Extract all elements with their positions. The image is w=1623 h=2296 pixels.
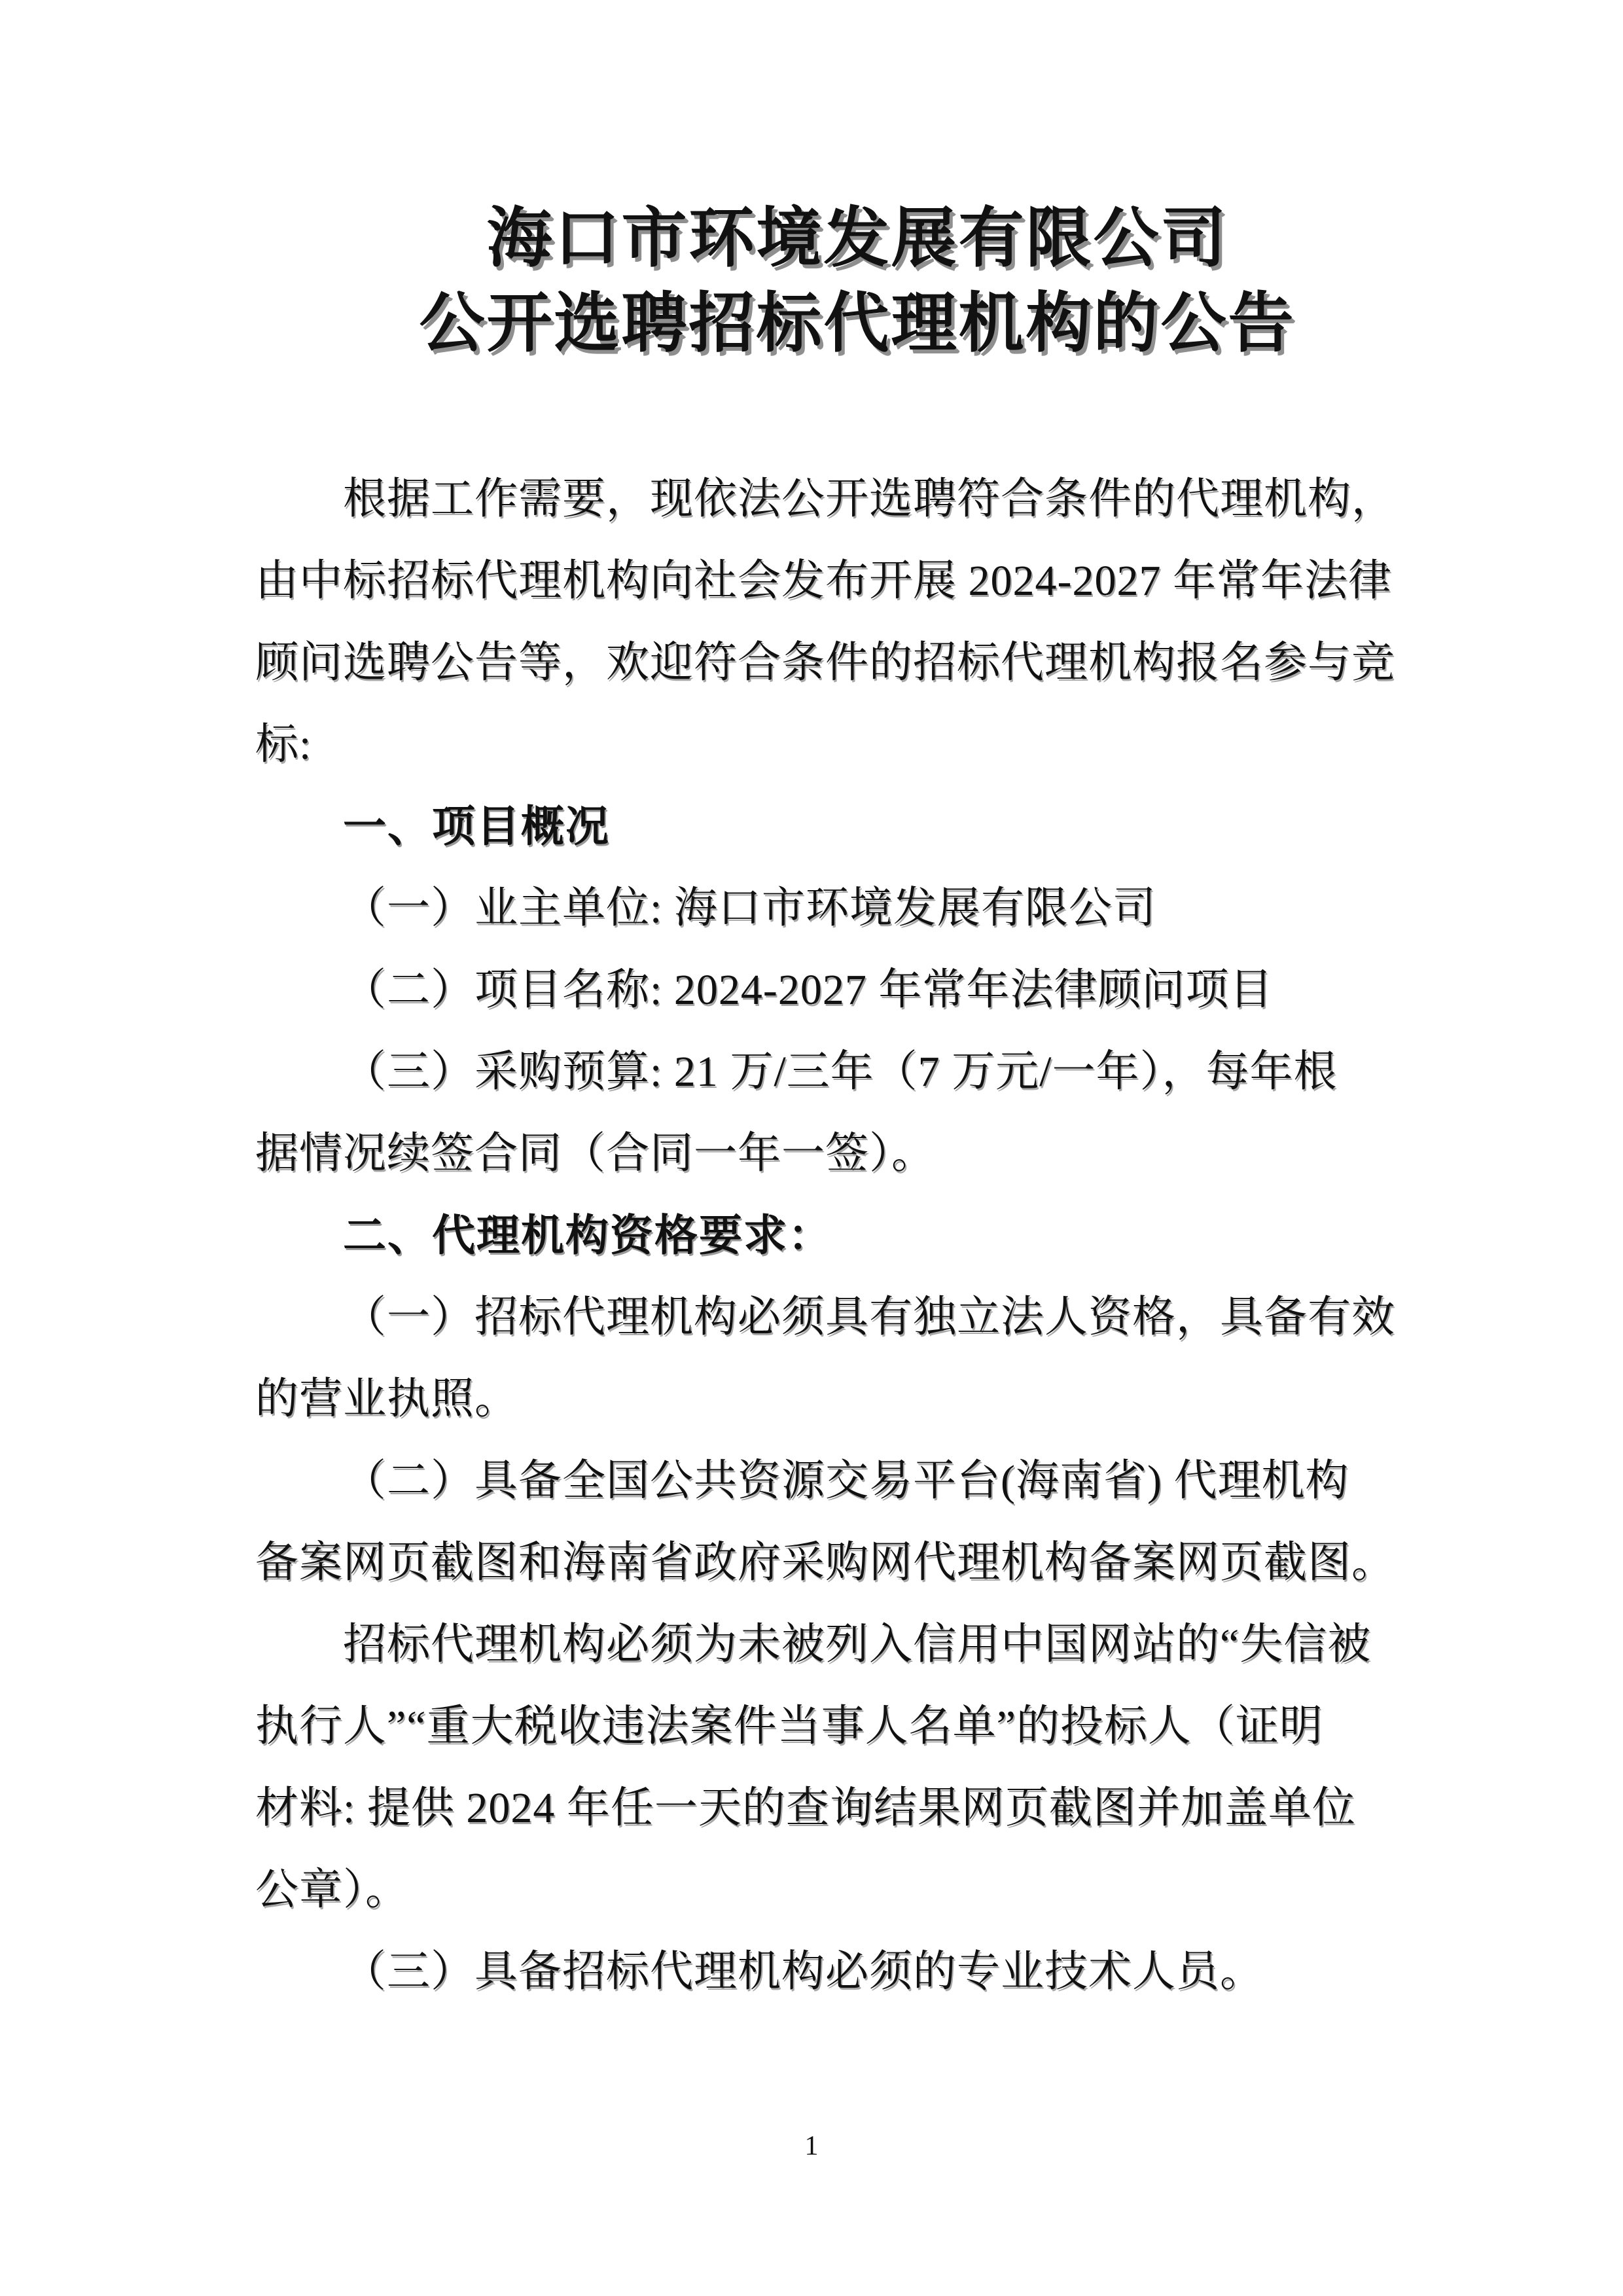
document-body: 根据工作需要，现依法公开选聘符合条件的代理机构，由中标招标代理机构向社会发布开展…: [255, 458, 1407, 2013]
document-title-line-1: 海口市环境发展有限公司: [288, 196, 1427, 281]
doc-line: （三）具备招标代理机构必须的专业技术人员。: [255, 1931, 1407, 2013]
doc-line: 据情况续签合同（合同一年一签）。: [255, 1113, 1407, 1194]
doc-line: 由中标招标代理机构向社会发布开展 2024-2027 年常年法律: [255, 540, 1407, 622]
doc-line: 的营业执照。: [255, 1358, 1407, 1440]
doc-line: 材料: 提供 2024 年任一天的查询结果网页截图并加盖单位: [255, 1767, 1407, 1849]
doc-line: （一）招标代理机构必须具有独立法人资格，具备有效: [255, 1276, 1407, 1358]
doc-line: 执行人”“重大税收违法案件当事人名单”的投标人（证明: [255, 1685, 1407, 1767]
doc-line: 公章）。: [255, 1849, 1407, 1931]
doc-line: 招标代理机构必须为未被列入信用中国网站的“失信被: [255, 1604, 1407, 1685]
section-heading: 二、代理机构资格要求：: [255, 1194, 1407, 1276]
document-title: 海口市环境发展有限公司 公开选聘招标代理机构的公告: [255, 196, 1427, 367]
section-heading: 一、项目概况: [255, 785, 1407, 867]
doc-line: 标:: [255, 704, 1407, 785]
document-title-line-2: 公开选聘招标代理机构的公告: [288, 281, 1427, 367]
doc-line: 顾问选聘公告等，欢迎符合条件的招标代理机构报名参与竞: [255, 622, 1407, 704]
doc-line: （三）采购预算: 21 万/三年（7 万元/一年），每年根: [255, 1031, 1407, 1113]
page-number: 1: [0, 2130, 1623, 2162]
document-page: 海口市环境发展有限公司 公开选聘招标代理机构的公告 根据工作需要，现依法公开选聘…: [0, 0, 1623, 2296]
doc-line: （一）业主单位: 海口市环境发展有限公司: [255, 867, 1407, 949]
doc-line: （二）具备全国公共资源交易平台(海南省) 代理机构: [255, 1440, 1407, 1522]
doc-line: 备案网页截图和海南省政府采购网代理机构备案网页截图。: [255, 1522, 1407, 1604]
doc-line: 根据工作需要，现依法公开选聘符合条件的代理机构，: [255, 458, 1407, 540]
doc-line: （二）项目名称: 2024-2027 年常年法律顾问项目: [255, 949, 1407, 1031]
